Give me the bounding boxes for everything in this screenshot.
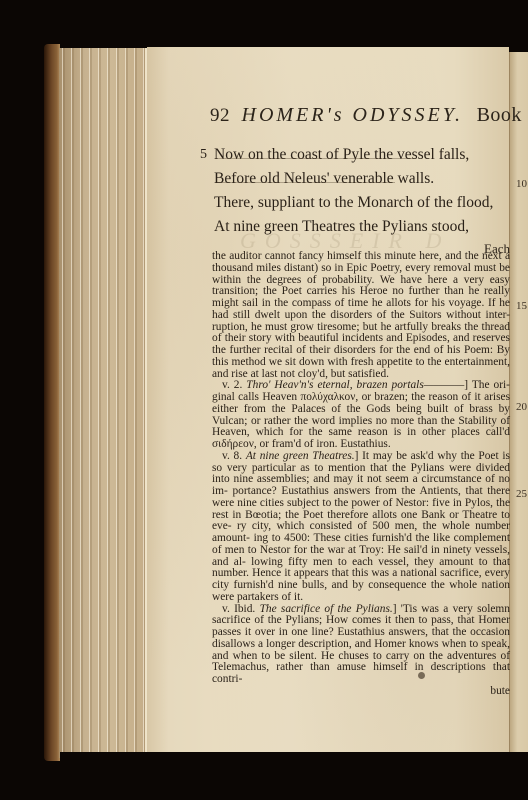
page-edges	[59, 48, 147, 758]
note-para-2: v. 2. Thro' Heav'n's eternal, brazen por…	[212, 380, 510, 451]
page-number: 92	[210, 105, 230, 126]
verse-ref: v. 8.	[222, 450, 242, 462]
lemma: Thro' Heav'n's eternal, brazen portals——…	[246, 379, 464, 391]
margin-line-number: 25	[516, 488, 527, 500]
underline-mark	[215, 158, 415, 159]
book-spine	[44, 44, 60, 761]
note-para-3: v. 8. At nine green Theatres.] It may be…	[212, 451, 510, 604]
verse-line: Before old Neleus' venerable walls.	[200, 167, 510, 191]
book-scan: 92 HOMER's ODYSSEY. Book III. 5 Now on t…	[0, 0, 528, 800]
running-head: 92 HOMER's ODYSSEY. Book III.	[210, 104, 520, 134]
lemma: At nine green Theatres.	[246, 450, 355, 462]
margin-line-number: 20	[516, 401, 527, 413]
book-number: Book III.	[477, 104, 528, 126]
note-para-4: v. Ibid. The sacrifice of the Pylians.] …	[212, 604, 510, 686]
catchword: bute	[212, 686, 510, 698]
foxing-spot	[418, 672, 425, 679]
bottom-shadow	[60, 752, 520, 800]
footnotes: the auditor cannot fancy himself this mi…	[212, 251, 510, 698]
underline-mark	[215, 182, 395, 183]
margin-line-number: 15	[516, 300, 527, 312]
verse-line: 5 Now on the coast of Pyle the vessel fa…	[200, 143, 510, 167]
book-title: HOMER's ODYSSEY.	[242, 104, 464, 126]
verse-line: There, suppliant to the Monarch of the f…	[200, 191, 510, 215]
note-para-1: the auditor cannot fancy himself this mi…	[212, 251, 510, 380]
verse-ref: v. Ibid.	[222, 603, 255, 615]
lemma: The sacrifice of the Pylians.	[260, 603, 393, 615]
verse-ref: v. 2.	[222, 379, 242, 391]
line-marker: 5	[200, 143, 207, 167]
margin-line-number: 10	[516, 178, 527, 190]
